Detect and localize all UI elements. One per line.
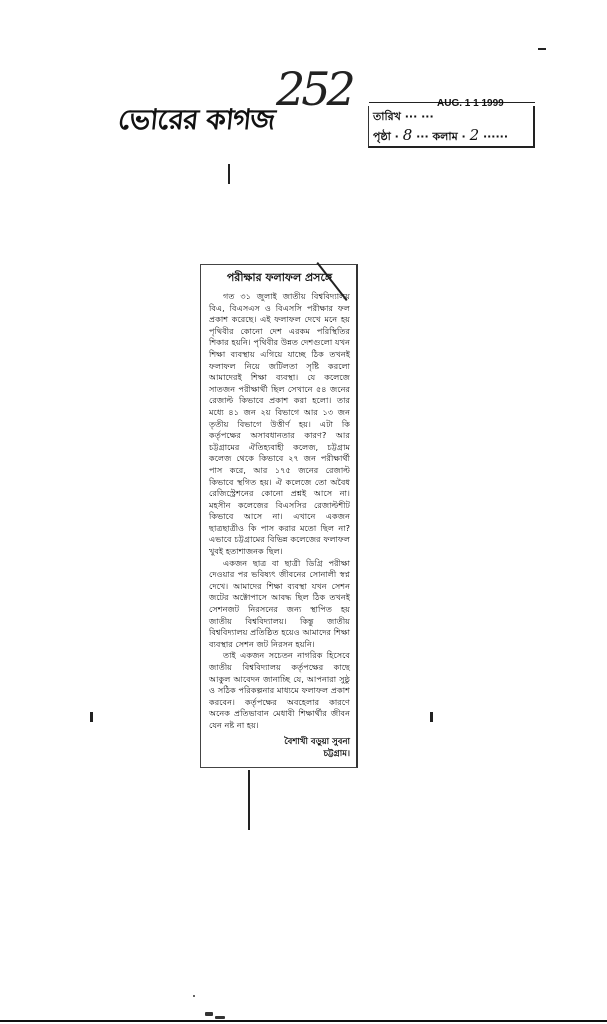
stamp-column-value: 2 [470,126,480,144]
stamp-dots: ··· ··· [405,110,434,123]
scan-speck [193,995,195,997]
stamp-dots: · [462,130,466,143]
stamp-page-value: 8 [403,126,413,144]
stamp-dots: · [395,130,399,143]
stamp-column-label: কলাম [432,130,457,143]
scan-mark [90,712,93,722]
article-paragraph: একজন ছাত্র বা ছাত্রী ডিগ্রি পরীক্ষা দেওয… [209,558,350,651]
stamp-page-label: পৃষ্ঠা [373,130,391,143]
signature-name: বৈশাখী বড়ুয়া সুবনা [209,736,350,748]
article-clipping: পরীক্ষার ফলাফল প্রসঙ্গে গত ৩১ জুলাই জাতী… [200,264,358,768]
article-body: গত ৩১ জুলাই জাতীয় বিশ্ববিদ্যালয় বিএ, ব… [209,291,350,732]
handwritten-number: 252 [276,62,352,116]
stamp-date-value: AUG. 1 1 1999 [437,98,504,109]
scan-mark [430,712,433,722]
article-paragraph: তাই একজন সচেতন নাগরিক হিসেবে জাতীয় বিশ্… [209,650,350,731]
stamp-dots: ··· [416,130,429,143]
stamp-dots: ······ [483,130,508,143]
scan-mark [248,770,250,830]
signature-place: চট্টগ্রাম। [209,748,350,760]
newspaper-masthead: ভোরের কাগজ [116,98,277,145]
scan-speck [215,1016,225,1019]
page-bottom-edge [0,1020,607,1022]
scan-speck [205,1012,213,1016]
scan-mark [228,164,230,184]
stamp-date-label: তারিখ [373,110,401,123]
date-page-stamp: AUG. 1 1 1999 তারিখ ··· ··· পৃষ্ঠা · 8 ·… [368,106,535,148]
article-signature: বৈশাখী বড়ুয়া সুবনা চট্টগ্রাম। [209,736,350,760]
scan-mark [538,48,546,50]
stamp-date-row: তারিখ ··· ··· [373,108,434,127]
article-paragraph: গত ৩১ জুলাই জাতীয় বিশ্ববিদ্যালয় বিএ, ব… [209,291,350,558]
stamp-page-row: পৃষ্ঠা · 8 ··· কলাম · 2 ······ [373,126,508,147]
